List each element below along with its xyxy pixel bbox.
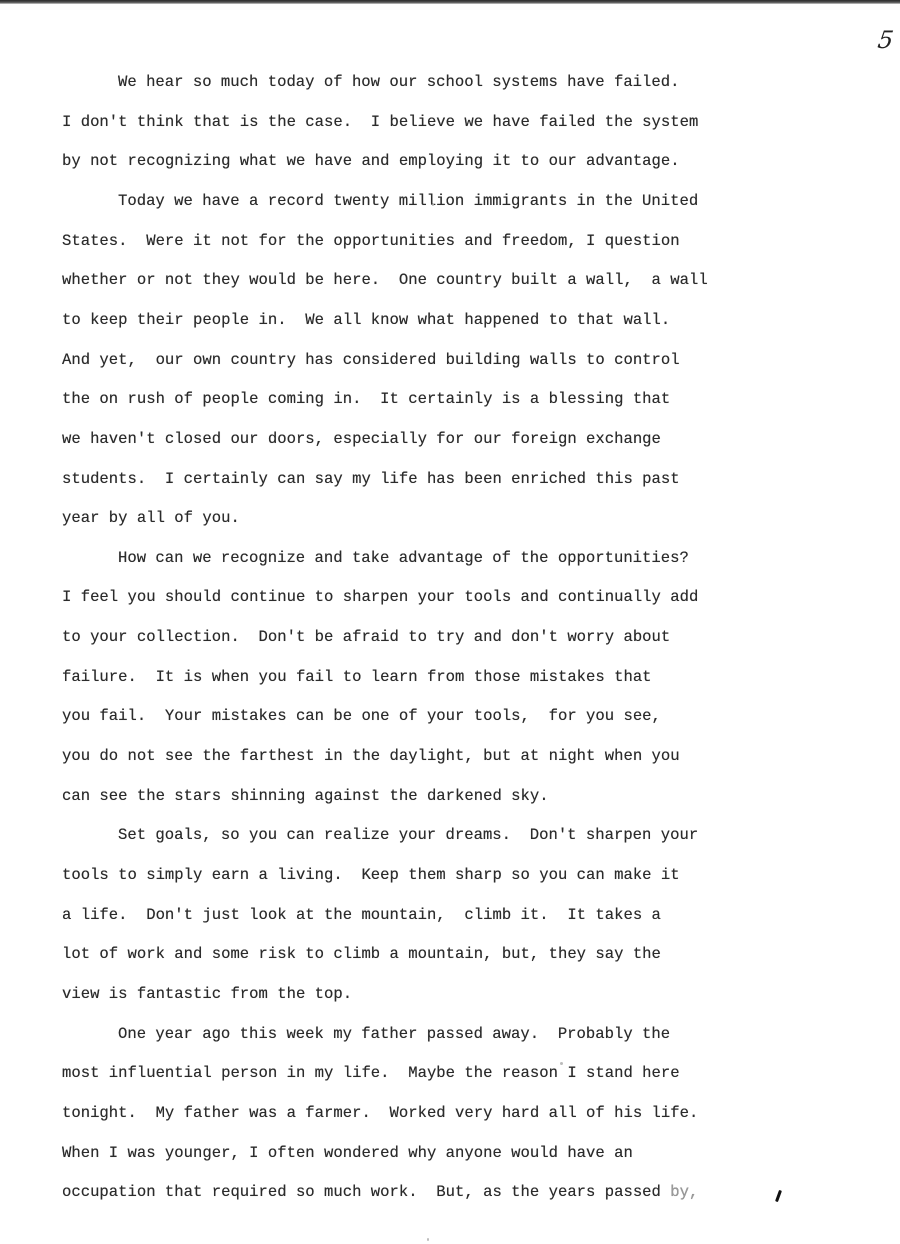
text-line: I don't think that is the case. I believ… [62,112,698,132]
text-line: lot of work and some risk to climb a mou… [62,944,661,964]
text-line: Set goals, so you can realize your dream… [118,825,698,845]
text-line: tonight. My father was a farmer. Worked … [62,1103,698,1123]
text-line: to your collection. Don't be afraid to t… [62,627,670,647]
scan-speck [427,1238,429,1241]
text-line: most influential person in my life. Mayb… [62,1063,680,1083]
text-line: tools to simply earn a living. Keep them… [62,865,680,885]
text-line: And yet, our own country has considered … [62,350,680,370]
text-line: we haven't closed our doors, especially … [62,429,661,449]
scan-speck [432,204,434,206]
text-line: whether or not they would be here. One c… [62,270,708,290]
scan-speck [560,1062,563,1065]
text-line: Today we have a record twenty million im… [118,191,698,211]
text-line: When I was younger, I often wondered why… [62,1143,633,1163]
text-line: can see the stars shinning against the d… [62,786,549,806]
typed-document-body: We hear so much today of how our school … [0,0,900,1244]
text-line: by not recognizing what we have and empl… [62,151,680,171]
text-line: you do not see the farthest in the dayli… [62,746,680,766]
text-line: We hear so much today of how our school … [118,72,679,92]
text-line: States. Were it not for the opportunitie… [62,231,680,251]
text-line: One year ago this week my father passed … [118,1024,670,1044]
text-line: a life. Don't just look at the mountain,… [62,905,661,925]
faint-typed-text: by, [661,1183,698,1201]
text-line: I feel you should continue to sharpen yo… [62,587,698,607]
text-line: failure. It is when you fail to learn fr… [62,667,652,687]
text-line: the on rush of people coming in. It cert… [62,389,670,409]
text-line: occupation that required so much work. B… [62,1182,698,1202]
text-line: you fail. Your mistakes can be one of yo… [62,706,661,726]
text-line: How can we recognize and take advantage … [118,548,689,568]
text-line: students. I certainly can say my life ha… [62,469,680,489]
text-line: view is fantastic from the top. [62,984,352,1004]
text-line: to keep their people in. We all know wha… [62,310,670,330]
text-line: year by all of you. [62,508,240,528]
